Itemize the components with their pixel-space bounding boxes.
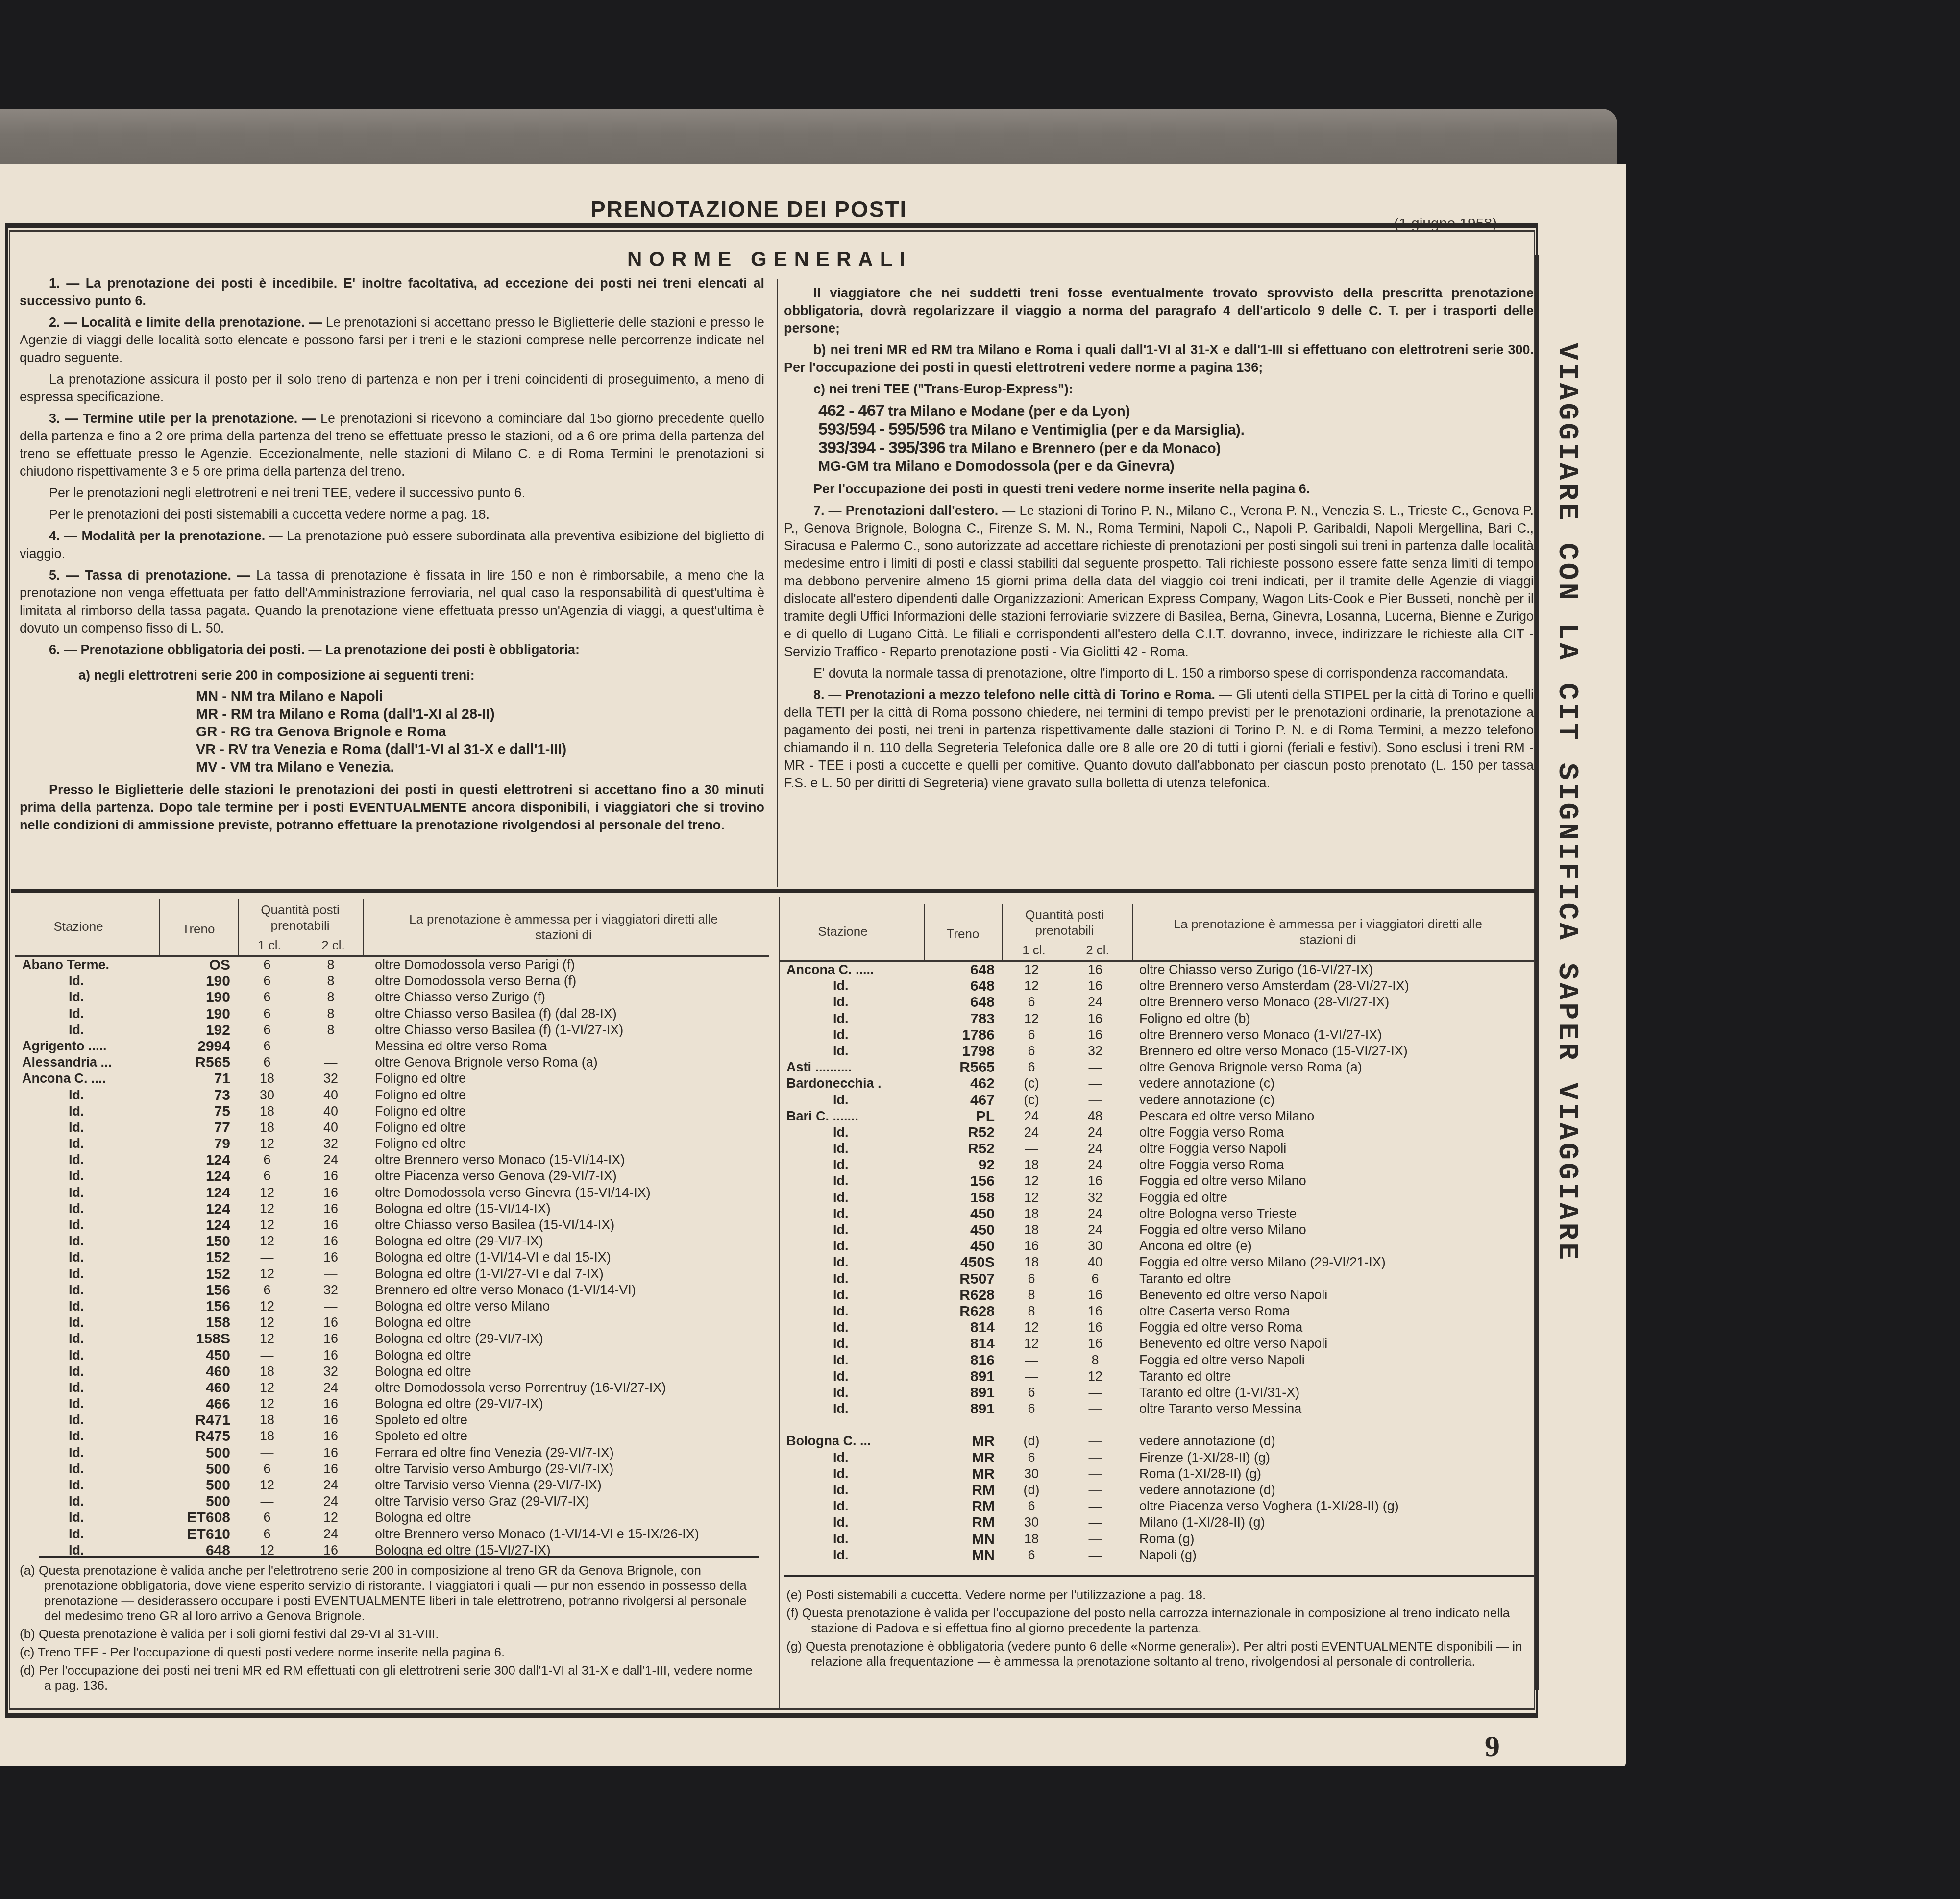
train-cell: 648 [926,962,995,978]
second-class-cell: — [1073,1433,1117,1449]
train-cell: 156 [926,1173,995,1189]
second-class-cell: 24 [309,1493,353,1509]
train-cell: MN [926,1547,995,1563]
first-class-cell: 6 [245,1038,289,1054]
table-body: Ancona C. .....6481216oltre Chiasso vers… [779,962,1534,1563]
train-cell: 156 [162,1282,230,1298]
first-class-cell: 6 [245,989,289,1005]
train-item: MR - RM tra Milano e Roma (dall'1-XI al … [20,706,764,723]
destination-cell: Roma (g) [1139,1531,1195,1547]
second-class-cell: — [1073,1059,1117,1075]
destination-cell: Benevento ed oltre verso Napoli [1139,1287,1327,1303]
table-row: Id.MR6—Firenze (1-XI/28-II) (g) [779,1450,1534,1466]
second-class-cell: 24 [1073,1206,1117,1222]
train-cell: 460 [162,1363,230,1380]
first-class-cell: 12 [245,1396,289,1412]
second-class-cell: 40 [309,1087,353,1103]
first-class-cell: 6 [245,1168,289,1184]
second-class-cell: 16 [1073,1287,1117,1303]
rule-3: 3. — Termine utile per la prenotazione. … [20,410,764,480]
train-cell: R52 [926,1124,995,1141]
destination-cell: oltre Chiasso verso Basilea (f) (1-VI/27… [375,1022,623,1038]
footnote-g: (g) Questa prenotazione è obbligatoria (… [786,1639,1526,1669]
destination-cell: Foggia ed oltre verso Roma [1139,1319,1302,1336]
second-class-cell: 24 [1073,994,1117,1010]
destination-cell: Pescara ed oltre verso Milano [1139,1108,1314,1124]
second-class-cell: 8 [309,989,353,1005]
rule-7: 7. — Prenotazioni dall'estero. — Le staz… [784,502,1534,660]
second-class-cell: 30 [1073,1238,1117,1254]
second-class-cell: 16 [309,1396,353,1412]
train-cell: 648 [926,994,995,1010]
rule-6b: b) nei treni MR ed RM tra Milano e Roma … [784,341,1534,376]
first-class-cell: 12 [245,1217,289,1233]
train-cell: 158S [162,1331,230,1347]
train-item: VR - RV tra Venezia e Roma (dall'1-VI al… [20,741,764,758]
destination-cell: Foggia ed oltre [1139,1190,1227,1206]
train-cell: 190 [162,1006,230,1022]
electrotrain-list: MN - NM tra Milano e Napoli MR - RM tra … [20,688,764,776]
second-class-cell: 16 [309,1249,353,1266]
destination-cell: Taranto ed oltre [1139,1271,1231,1287]
train-cell: 190 [162,989,230,1005]
table-row: Id.124616oltre Piacenza verso Genova (29… [15,1168,769,1184]
second-class-cell: 24 [309,1526,353,1542]
table-row: Id.19068oltre Domodossola verso Berna (f… [15,973,769,989]
table-row: Id.450—16Bologna ed oltre [15,1347,769,1363]
table-row: Id.1501216Bologna ed oltre (29-VI/7-IX) [15,1233,769,1249]
rule-6: 6. — Prenotazione obbligatoria dei posti… [20,641,764,658]
destination-cell: Bologna ed oltre (1-VI/27-VI e dal 7-IX) [375,1266,604,1282]
destination-cell: oltre Brennero verso Monaco (28-VI/27-IX… [1139,994,1389,1010]
page-stack-edge [0,109,1617,172]
train-cell: MN [926,1531,995,1547]
col-header-2cl: 2 cl. [309,937,358,953]
destination-cell: vedere annotazione (c) [1139,1075,1274,1092]
tee-item: 593/594 - 595/596 tra Milano e Ventimigl… [784,420,1534,439]
norme-generali-heading: NORME GENERALI [627,247,912,271]
table-row: Id.RM6—oltre Piacenza verso Voghera (1-X… [779,1498,1534,1514]
train-cell: R475 [162,1428,230,1444]
station-cell: Bologna C. ... [786,1433,919,1449]
table-row: Id.1241216oltre Chiasso verso Basilea (1… [15,1217,769,1233]
train-cell: 500 [162,1461,230,1477]
table-row: Abano Terme.OS68oltre Domodossola verso … [15,957,769,973]
footnote-c: (c) Treno TEE - Per l'occupazione di que… [20,1645,755,1660]
destination-cell: oltre Brennero verso Monaco (1-VI/14-VI … [375,1526,699,1542]
second-class-cell: — [1073,1075,1117,1092]
table-row: Id.19068oltre Chiasso verso Basilea (f) … [15,1006,769,1022]
first-class-cell: 8 [1009,1303,1053,1319]
destination-cell: Milano (1-XI/28-II) (g) [1139,1514,1265,1531]
second-class-cell: — [1073,1547,1117,1563]
first-class-cell: 18 [1009,1157,1053,1173]
train-cell: RM [926,1498,995,1514]
tee-item: 393/394 - 395/396 tra Milano e Brennero … [784,439,1534,458]
second-class-cell: — [1073,1482,1117,1498]
first-class-cell: 6 [1009,1043,1053,1059]
table-row: Bologna C. ...MR(d)—vedere annotazione (… [779,1433,1534,1449]
destination-cell: Bologna ed oltre (29-VI/7-IX) [375,1396,543,1412]
destination-cell: oltre Brennero verso Monaco (15-VI/14-IX… [375,1152,625,1168]
second-class-cell: 24 [1073,1124,1117,1141]
train-item: GR - RG tra Genova Brignole e Roma [20,723,764,741]
destination-cell: Benevento ed oltre verso Napoli [1139,1336,1327,1352]
rule-6-viaggiatore: Il viaggiatore che nei suddetti treni fo… [784,284,1534,337]
table-row: Id.7831216Foligno ed oltre (b) [779,1011,1534,1027]
table-row: Id.751840Foligno ed oltre [15,1103,769,1120]
second-class-cell: 40 [1073,1254,1117,1270]
first-class-cell: 6 [1009,1450,1053,1466]
table-row: Id.500—24oltre Tarvisio verso Graz (29-V… [15,1493,769,1509]
train-cell: PL [926,1108,995,1124]
tee-item: MG-GM tra Milano e Domodossola (per e da… [784,458,1534,475]
train-cell: 192 [162,1022,230,1038]
second-class-cell: — [309,1298,353,1315]
destination-cell: oltre Domodossola verso Porrentruy (16-V… [375,1380,666,1396]
train-cell: R565 [926,1059,995,1075]
second-class-cell: 32 [1073,1190,1117,1206]
table-row: Id.19268oltre Chiasso verso Basilea (f) … [15,1022,769,1038]
station-cell: Bari C. ....... [786,1108,919,1124]
first-class-cell: 18 [1009,1222,1053,1238]
first-class-cell: 24 [1009,1108,1053,1124]
train-cell: 158 [926,1190,995,1206]
second-class-cell: 40 [309,1120,353,1136]
destination-cell: Ferrara ed oltre fino Venezia (29-VI/7-I… [375,1445,614,1461]
norme-right-column: Il viaggiatore che nei suddetti treni fo… [784,284,1534,796]
second-class-cell: 32 [309,1363,353,1380]
second-class-cell: 16 [1073,1173,1117,1189]
table-row: Bari C. .......PL2448Pescara ed oltre ve… [779,1108,1534,1124]
table-row: Id.4501630Ancona ed oltre (e) [779,1238,1534,1254]
train-cell: MR [926,1433,995,1449]
train-cell: 783 [926,1011,995,1027]
table-row: Ancona C. .....6481216oltre Chiasso vers… [779,962,1534,978]
first-class-cell: 18 [245,1363,289,1380]
rule-6a: a) negli elettrotreni serie 200 in compo… [20,666,764,684]
page-title: PRENOTAZIONE DEI POSTI [590,196,907,222]
first-class-cell: 12 [245,1380,289,1396]
table-row: Id.19068oltre Chiasso verso Zurigo (f) [15,989,769,1005]
col-header-stazione: Stazione [34,919,122,934]
train-cell: 450 [926,1222,995,1238]
station-cell: Agrigento ..... [22,1038,154,1054]
train-cell: 77 [162,1120,230,1136]
table-row: Id.R522424oltre Foggia verso Roma [779,1124,1534,1141]
table-row: Id.15212—Bologna ed oltre (1-VI/27-VI e … [15,1266,769,1282]
second-class-cell: — [309,1038,353,1054]
train-cell: 816 [926,1352,995,1368]
train-cell: 158 [162,1315,230,1331]
destination-cell: Foggia ed oltre verso Napoli [1139,1352,1305,1368]
sidebar-rule [1535,255,1539,1690]
first-class-cell: 12 [1009,1173,1053,1189]
table-row: Id.771840Foligno ed oltre [15,1120,769,1136]
table-row: Id.124624oltre Brennero verso Monaco (15… [15,1152,769,1168]
first-class-cell: 18 [245,1103,289,1120]
destination-cell: Roma (1-XI/28-II) (g) [1139,1466,1261,1482]
first-class-cell: 12 [245,1266,289,1282]
first-class-cell: 18 [245,1120,289,1136]
destination-cell: oltre Foggia verso Napoli [1139,1141,1286,1157]
destination-cell: oltre Domodossola verso Berna (f) [375,973,576,989]
table-row: Id.MN6—Napoli (g) [779,1547,1534,1563]
second-class-cell: — [309,1266,353,1282]
table-row: Id.6481216oltre Brennero verso Amsterdam… [779,978,1534,994]
destination-cell: Bologna ed oltre (15-VI/14-IX) [375,1201,551,1217]
second-class-cell: 16 [1073,1319,1117,1336]
second-class-cell: — [1073,1498,1117,1514]
first-class-cell: — [1009,1352,1053,1368]
table-row: Id.R628816oltre Caserta verso Roma [779,1303,1534,1319]
train-cell: 467 [926,1092,995,1108]
first-class-cell: 12 [245,1185,289,1201]
destination-cell: oltre Brennero verso Monaco (1-VI/27-IX) [1139,1027,1382,1043]
table-row: Id.1798632Brennero ed oltre verso Monaco… [779,1043,1534,1059]
destination-cell: oltre Bologna verso Trieste [1139,1206,1297,1222]
destination-cell: Foligno ed oltre [375,1103,466,1120]
first-class-cell: (d) [1009,1433,1053,1449]
destination-cell: Spoleto ed oltre [375,1428,467,1444]
second-class-cell: 32 [309,1071,353,1087]
rule-3b: Per le prenotazioni negli elettrotreni e… [20,484,764,502]
first-class-cell: 6 [245,1054,289,1071]
train-cell: 124 [162,1168,230,1184]
table-row: Id.1581232Foggia ed oltre [779,1190,1534,1206]
col-header-treno: Treno [167,921,230,937]
first-class-cell: 24 [1009,1124,1053,1141]
norme-left-column: 1. — La prenotazione dei posti è incedib… [20,274,764,838]
first-class-cell: 12 [1009,1190,1053,1206]
destination-cell: oltre Genova Brignole verso Roma (a) [375,1054,598,1071]
table-row: Alessandria ...R5656—oltre Genova Brigno… [15,1054,769,1071]
second-class-cell: 16 [309,1461,353,1477]
train-cell: 814 [926,1336,995,1352]
first-class-cell: 12 [1009,962,1053,978]
destination-cell: oltre Domodossola verso Parigi (f) [375,957,575,973]
destination-cell: Messina ed oltre verso Roma [375,1038,547,1054]
first-class-cell: 12 [245,1298,289,1315]
destination-cell: oltre Tarvisio verso Vienna (29-VI/7-IX) [375,1477,602,1493]
station-cell: Abano Terme. [22,957,154,973]
table-row: Id.R628816Benevento ed oltre verso Napol… [779,1287,1534,1303]
destination-cell: oltre Foggia verso Roma [1139,1157,1284,1173]
destination-cell: oltre Domodossola verso Ginevra (15-VI/1… [375,1185,651,1201]
second-class-cell: 8 [309,973,353,989]
first-class-cell: 6 [245,1509,289,1526]
second-class-cell: 16 [1073,962,1117,978]
train-cell: 460 [162,1380,230,1396]
train-cell: ET608 [162,1509,230,1526]
second-class-cell: 16 [1073,1336,1117,1352]
second-class-cell: 8 [309,1006,353,1022]
train-cell: R52 [926,1141,995,1157]
train-cell: R565 [162,1054,230,1071]
destination-cell: Foggia ed oltre verso Milano [1139,1173,1306,1189]
train-cell: 152 [162,1266,230,1282]
destination-cell: Foligno ed oltre (b) [1139,1011,1250,1027]
footnotes-right: (e) Posti sistemabili a cuccetta. Vedere… [786,1587,1526,1672]
col-header-quantita: Quantità posti prenotabili [1007,907,1122,938]
column-divider [777,279,778,887]
first-class-cell: 6 [1009,1059,1053,1075]
destination-cell: Brennero ed oltre verso Monaco (15-VI/27… [1139,1043,1408,1059]
table-row: Id.1241216oltre Domodossola verso Ginevr… [15,1185,769,1201]
train-cell: 648 [926,978,995,994]
rule-1: 1. — La prenotazione dei posti è incedib… [20,274,764,310]
train-cell: 450 [926,1238,995,1254]
destination-cell: Bologna ed oltre verso Milano [375,1298,550,1315]
rule-6-presso: Presso le Biglietterie delle stazioni le… [20,781,764,834]
destination-cell: oltre Piacenza verso Genova (29-VI/7-IX) [375,1168,617,1184]
rule-3c: Per le prenotazioni dei posti sistemabil… [20,506,764,523]
col-header-1cl: 1 cl. [245,937,294,953]
train-cell: 124 [162,1185,230,1201]
train-cell: 891 [926,1401,995,1417]
col-header-destinazione: La prenotazione è ammessa per i viaggiat… [402,911,725,943]
rule-4: 4. — Modalità per la prenotazione. — La … [20,527,764,562]
table-row: Id.467(c)—vedere annotazione (c) [779,1092,1534,1108]
first-class-cell: — [1009,1141,1053,1157]
table-row: Id.8916—oltre Taranto verso Messina [779,1401,1534,1417]
second-class-cell: 16 [1073,1011,1117,1027]
table-row: Ancona C. ....711832Foligno ed oltre [15,1071,769,1087]
first-class-cell: 18 [245,1071,289,1087]
destination-cell: oltre Chiasso verso Zurigo (f) [375,989,545,1005]
train-cell: R471 [162,1412,230,1428]
train-cell: 152 [162,1249,230,1266]
destination-cell: Bologna ed oltre [375,1363,471,1380]
table-row: Id.R4711816Spoleto ed oltre [15,1412,769,1428]
second-class-cell: — [1073,1450,1117,1466]
destination-cell: Bologna ed oltre [375,1347,471,1363]
first-class-cell: 6 [1009,1385,1053,1401]
table-row: Id.648624oltre Brennero verso Monaco (28… [779,994,1534,1010]
footnote-e: (e) Posti sistemabili a cuccetta. Vedere… [786,1587,1526,1603]
first-class-cell: 6 [1009,1401,1053,1417]
second-class-cell: 16 [309,1331,353,1347]
destination-cell: oltre Piacenza verso Voghera (1-XI/28-II… [1139,1498,1399,1514]
second-class-cell: 24 [309,1477,353,1493]
table-body: Abano Terme.OS68oltre Domodossola verso … [15,957,769,1558]
train-cell: R628 [926,1303,995,1319]
destination-cell: Foggia ed oltre verso Milano (29-VI/21-I… [1139,1254,1386,1270]
second-class-cell: 24 [1073,1157,1117,1173]
first-class-cell: 12 [245,1201,289,1217]
second-class-cell: 16 [309,1233,353,1249]
table-row: Id.4501824oltre Bologna verso Trieste [779,1206,1534,1222]
rule-8: 8. — Prenotazioni a mezzo telefono nelle… [784,686,1534,792]
table-row: Id.4661216Bologna ed oltre (29-VI/7-IX) [15,1396,769,1412]
second-class-cell: 12 [309,1509,353,1526]
second-class-cell: 32 [309,1282,353,1298]
table-row: Id.RM30—Milano (1-XI/28-II) (g) [779,1514,1534,1531]
table-row: Id.791232Foligno ed oltre [15,1136,769,1152]
first-class-cell: 6 [1009,1271,1053,1287]
table-row: Id.152—16Bologna ed oltre (1-VI/14-VI e … [15,1249,769,1266]
destination-cell: Foligno ed oltre [375,1136,466,1152]
second-class-cell: 16 [309,1185,353,1201]
destination-cell: Bologna ed oltre [375,1315,471,1331]
train-cell: 891 [926,1385,995,1401]
table-row: Bardonecchia .462(c)—vedere annotazione … [779,1075,1534,1092]
destination-cell: Taranto ed oltre (1-VI/31-X) [1139,1385,1299,1401]
destination-cell: Foligno ed oltre [375,1071,466,1087]
second-class-cell: — [1073,1514,1117,1531]
train-cell: 124 [162,1201,230,1217]
train-cell: 124 [162,1152,230,1168]
first-class-cell: 6 [1009,1547,1053,1563]
destination-cell: Napoli (g) [1139,1547,1197,1563]
train-cell: RM [926,1514,995,1531]
first-class-cell: 6 [245,957,289,973]
rule-6c: c) nei treni TEE ("Trans-Europ-Express")… [784,380,1534,398]
second-class-cell: 40 [309,1103,353,1120]
second-class-cell: 24 [309,1380,353,1396]
second-class-cell: — [1073,1385,1117,1401]
destination-cell: Bologna ed oltre (1-VI/14-VI e dal 15-IX… [375,1249,611,1266]
destination-cell: oltre Tarvisio verso Graz (29-VI/7-IX) [375,1493,589,1509]
destination-cell: oltre Foggia verso Roma [1139,1124,1284,1141]
destination-cell: Taranto ed oltre [1139,1368,1231,1385]
train-cell: 450 [926,1206,995,1222]
first-class-cell: 12 [245,1331,289,1347]
footnotes-left: (a) Questa prenotazione è valida anche p… [20,1563,755,1696]
first-class-cell: 18 [1009,1531,1053,1547]
table-row: Id.RM(d)—vedere annotazione (d) [779,1482,1534,1498]
destination-cell: oltre Chiasso verso Zurigo (16-VI/27-IX) [1139,962,1373,978]
table-row [779,1417,1534,1433]
first-class-cell: 12 [245,1477,289,1493]
destination-cell: Brennero ed oltre verso Monaco (1-VI/14-… [375,1282,636,1298]
footnote-b: (b) Questa prenotazione è valida per i s… [20,1627,755,1642]
train-cell: 75 [162,1103,230,1120]
train-cell: 124 [162,1217,230,1233]
table-row: Id.1786616oltre Brennero verso Monaco (1… [779,1027,1534,1043]
second-class-cell: — [309,1054,353,1071]
table-row: Id.450S1840Foggia ed oltre verso Milano … [779,1254,1534,1270]
train-cell: 156 [162,1298,230,1315]
second-class-cell: 16 [309,1315,353,1331]
train-cell: 500 [162,1477,230,1493]
first-class-cell: 6 [245,1526,289,1542]
col-header-quantita: Quantità posti prenotabili [243,902,358,933]
rule-2b: La prenotazione assicura il posto per il… [20,370,764,406]
first-class-cell: 18 [245,1412,289,1428]
second-class-cell: 16 [309,1201,353,1217]
reservation-table-right: Stazione Treno Quantità posti prenotabil… [779,904,1534,1563]
second-class-cell: 16 [309,1168,353,1184]
train-cell: OS [162,957,230,973]
table-row: Id.4601224oltre Domodossola verso Porren… [15,1380,769,1396]
table-row: Id.R4751816Spoleto ed oltre [15,1428,769,1444]
first-class-cell: 18 [245,1428,289,1444]
station-cell: Alessandria ... [22,1054,154,1071]
table-row: Id.4601832Bologna ed oltre [15,1363,769,1380]
table-row: Id.158S1216Bologna ed oltre (29-VI/7-IX) [15,1331,769,1347]
second-class-cell: 16 [1073,1027,1117,1043]
first-class-cell: 6 [245,1006,289,1022]
second-class-cell: 24 [309,1152,353,1168]
destination-cell: Spoleto ed oltre [375,1412,467,1428]
table-row: Id.816—8Foggia ed oltre verso Napoli [779,1352,1534,1368]
train-cell: R507 [926,1271,995,1287]
table-row: Id.R50766Taranto ed oltre [779,1271,1534,1287]
table-row: Id.156632Brennero ed oltre verso Monaco … [15,1282,769,1298]
first-class-cell: 18 [1009,1206,1053,1222]
train-cell: 500 [162,1445,230,1461]
